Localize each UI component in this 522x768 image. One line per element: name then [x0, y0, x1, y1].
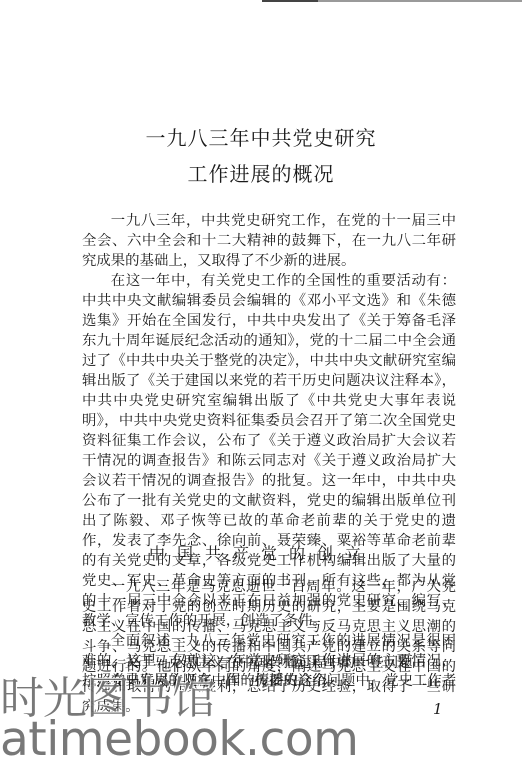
paragraph: 一九八三年，中共党史研究工作，在党的十一届三中全会、六中全会和十二大精神的鼓舞下… — [82, 211, 456, 271]
page-title-line-2: 工作进展的概况 — [0, 158, 522, 187]
watermark-url: atimebook.com — [0, 712, 358, 767]
page-number: 1 — [433, 700, 443, 718]
page-title-line-1: 一九八三年中共党史研究 — [0, 122, 522, 151]
scan-edge-line — [262, 0, 522, 2]
section-heading: 中国共产党的创立 — [0, 541, 522, 564]
